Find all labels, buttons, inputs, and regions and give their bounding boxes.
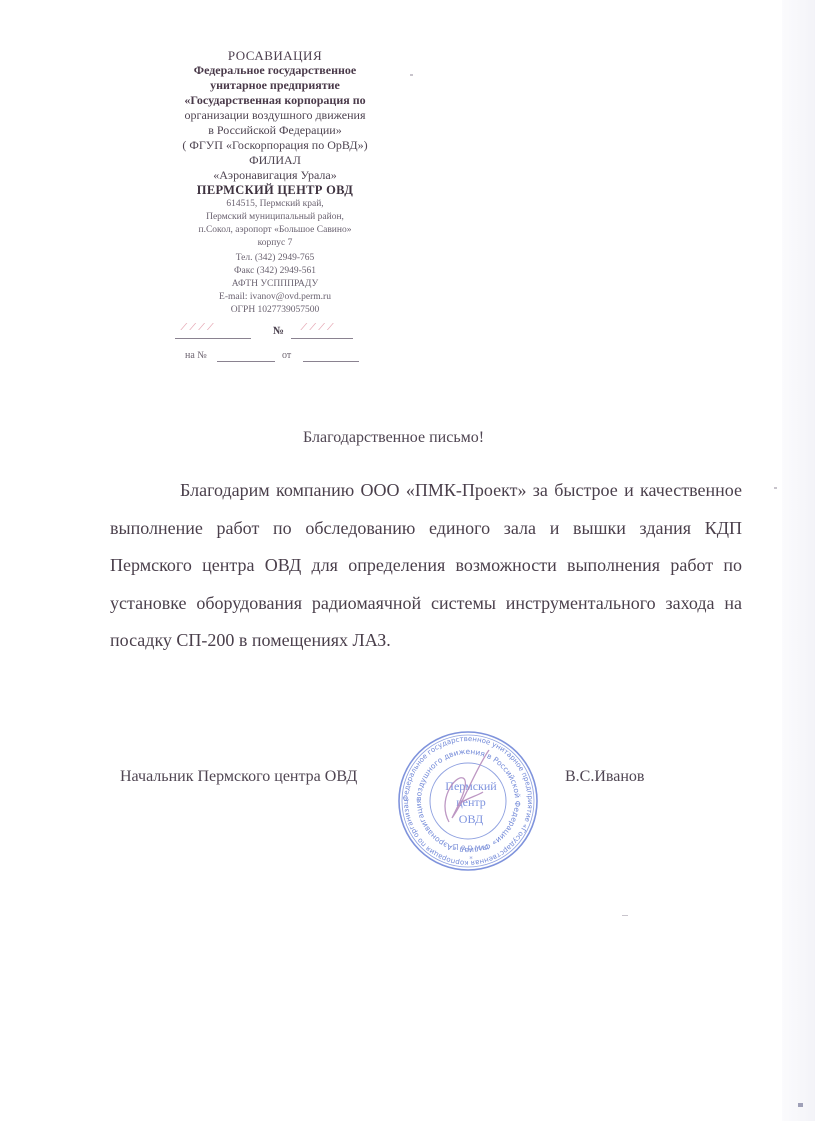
scan-speck: [410, 74, 413, 76]
address-line: п.Сокол, аэропорт «Большое Савино»: [150, 224, 400, 237]
scan-speck: [622, 915, 628, 916]
number-label: №: [273, 325, 284, 337]
number-underline: [291, 338, 353, 339]
handwritten-number: ⁄ ⁄ ⁄ ⁄: [303, 322, 333, 333]
svg-text:Пермь: Пермь: [453, 843, 490, 852]
org-line: «Государственная корпорация по: [150, 93, 400, 108]
signer-name: В.С.Иванов: [565, 768, 644, 786]
telegraph-address: АФТН УСПППРАДУ: [150, 278, 400, 291]
scan-speck: [774, 487, 777, 489]
document-title: Благодарственное письмо!: [303, 429, 484, 447]
org-line: организации воздушного движения: [150, 108, 400, 123]
org-line: ( ФГУП «Госкорпорация по ОрВД»): [150, 138, 400, 153]
address-line: корпус 7: [150, 237, 400, 250]
handwritten-date: ⁄ ⁄ ⁄ ⁄: [183, 322, 213, 333]
address-line: Пермский муниципальный район,: [150, 211, 400, 224]
signer-position: Начальник Пермского центра ОВД: [120, 768, 357, 786]
reference-row: на № от: [185, 350, 385, 366]
org-line: Федеральное государственное: [150, 63, 400, 78]
ref-number-underline: [217, 361, 275, 362]
email: E-mail: ivanov@ovd.perm.ru: [150, 291, 400, 304]
scan-speck: [798, 1103, 803, 1107]
ref-date-underline: [303, 361, 359, 362]
date-underline: [175, 338, 251, 339]
center-name: ПЕРМСКИЙ ЦЕНТР ОВД: [150, 183, 400, 198]
reference-date-label: от: [282, 350, 291, 361]
svg-text:*: *: [469, 855, 473, 863]
letterhead: РОСАВИАЦИЯ Федеральное государственное у…: [150, 48, 400, 317]
org-line: в Российской Федерации»: [150, 123, 400, 138]
reference-number-label: на №: [185, 350, 207, 361]
agency-name: РОСАВИАЦИЯ: [150, 48, 400, 63]
scan-edge-shadow: [782, 0, 815, 1121]
svg-text:ОВД: ОВД: [459, 812, 483, 826]
org-line: унитарное предприятие: [150, 78, 400, 93]
letter-body: Благодарим компанию ООО «ПМК-Проект» за …: [110, 472, 742, 660]
fax: Факс (342) 2949-561: [150, 265, 400, 278]
official-stamp-icon: Федеральное государственное унитарное пр…: [397, 730, 539, 872]
phone: Тел. (342) 2949-765: [150, 252, 400, 265]
branch-label: ФИЛИАЛ: [150, 153, 400, 168]
branch-name: «Аэронавигация Урала»: [150, 168, 400, 183]
ogrn: ОГРН 1027739057500: [150, 304, 400, 317]
registration-row: ⁄ ⁄ ⁄ ⁄ № ⁄ ⁄ ⁄ ⁄: [175, 322, 375, 342]
address-line: 614515, Пермский край,: [150, 198, 400, 211]
